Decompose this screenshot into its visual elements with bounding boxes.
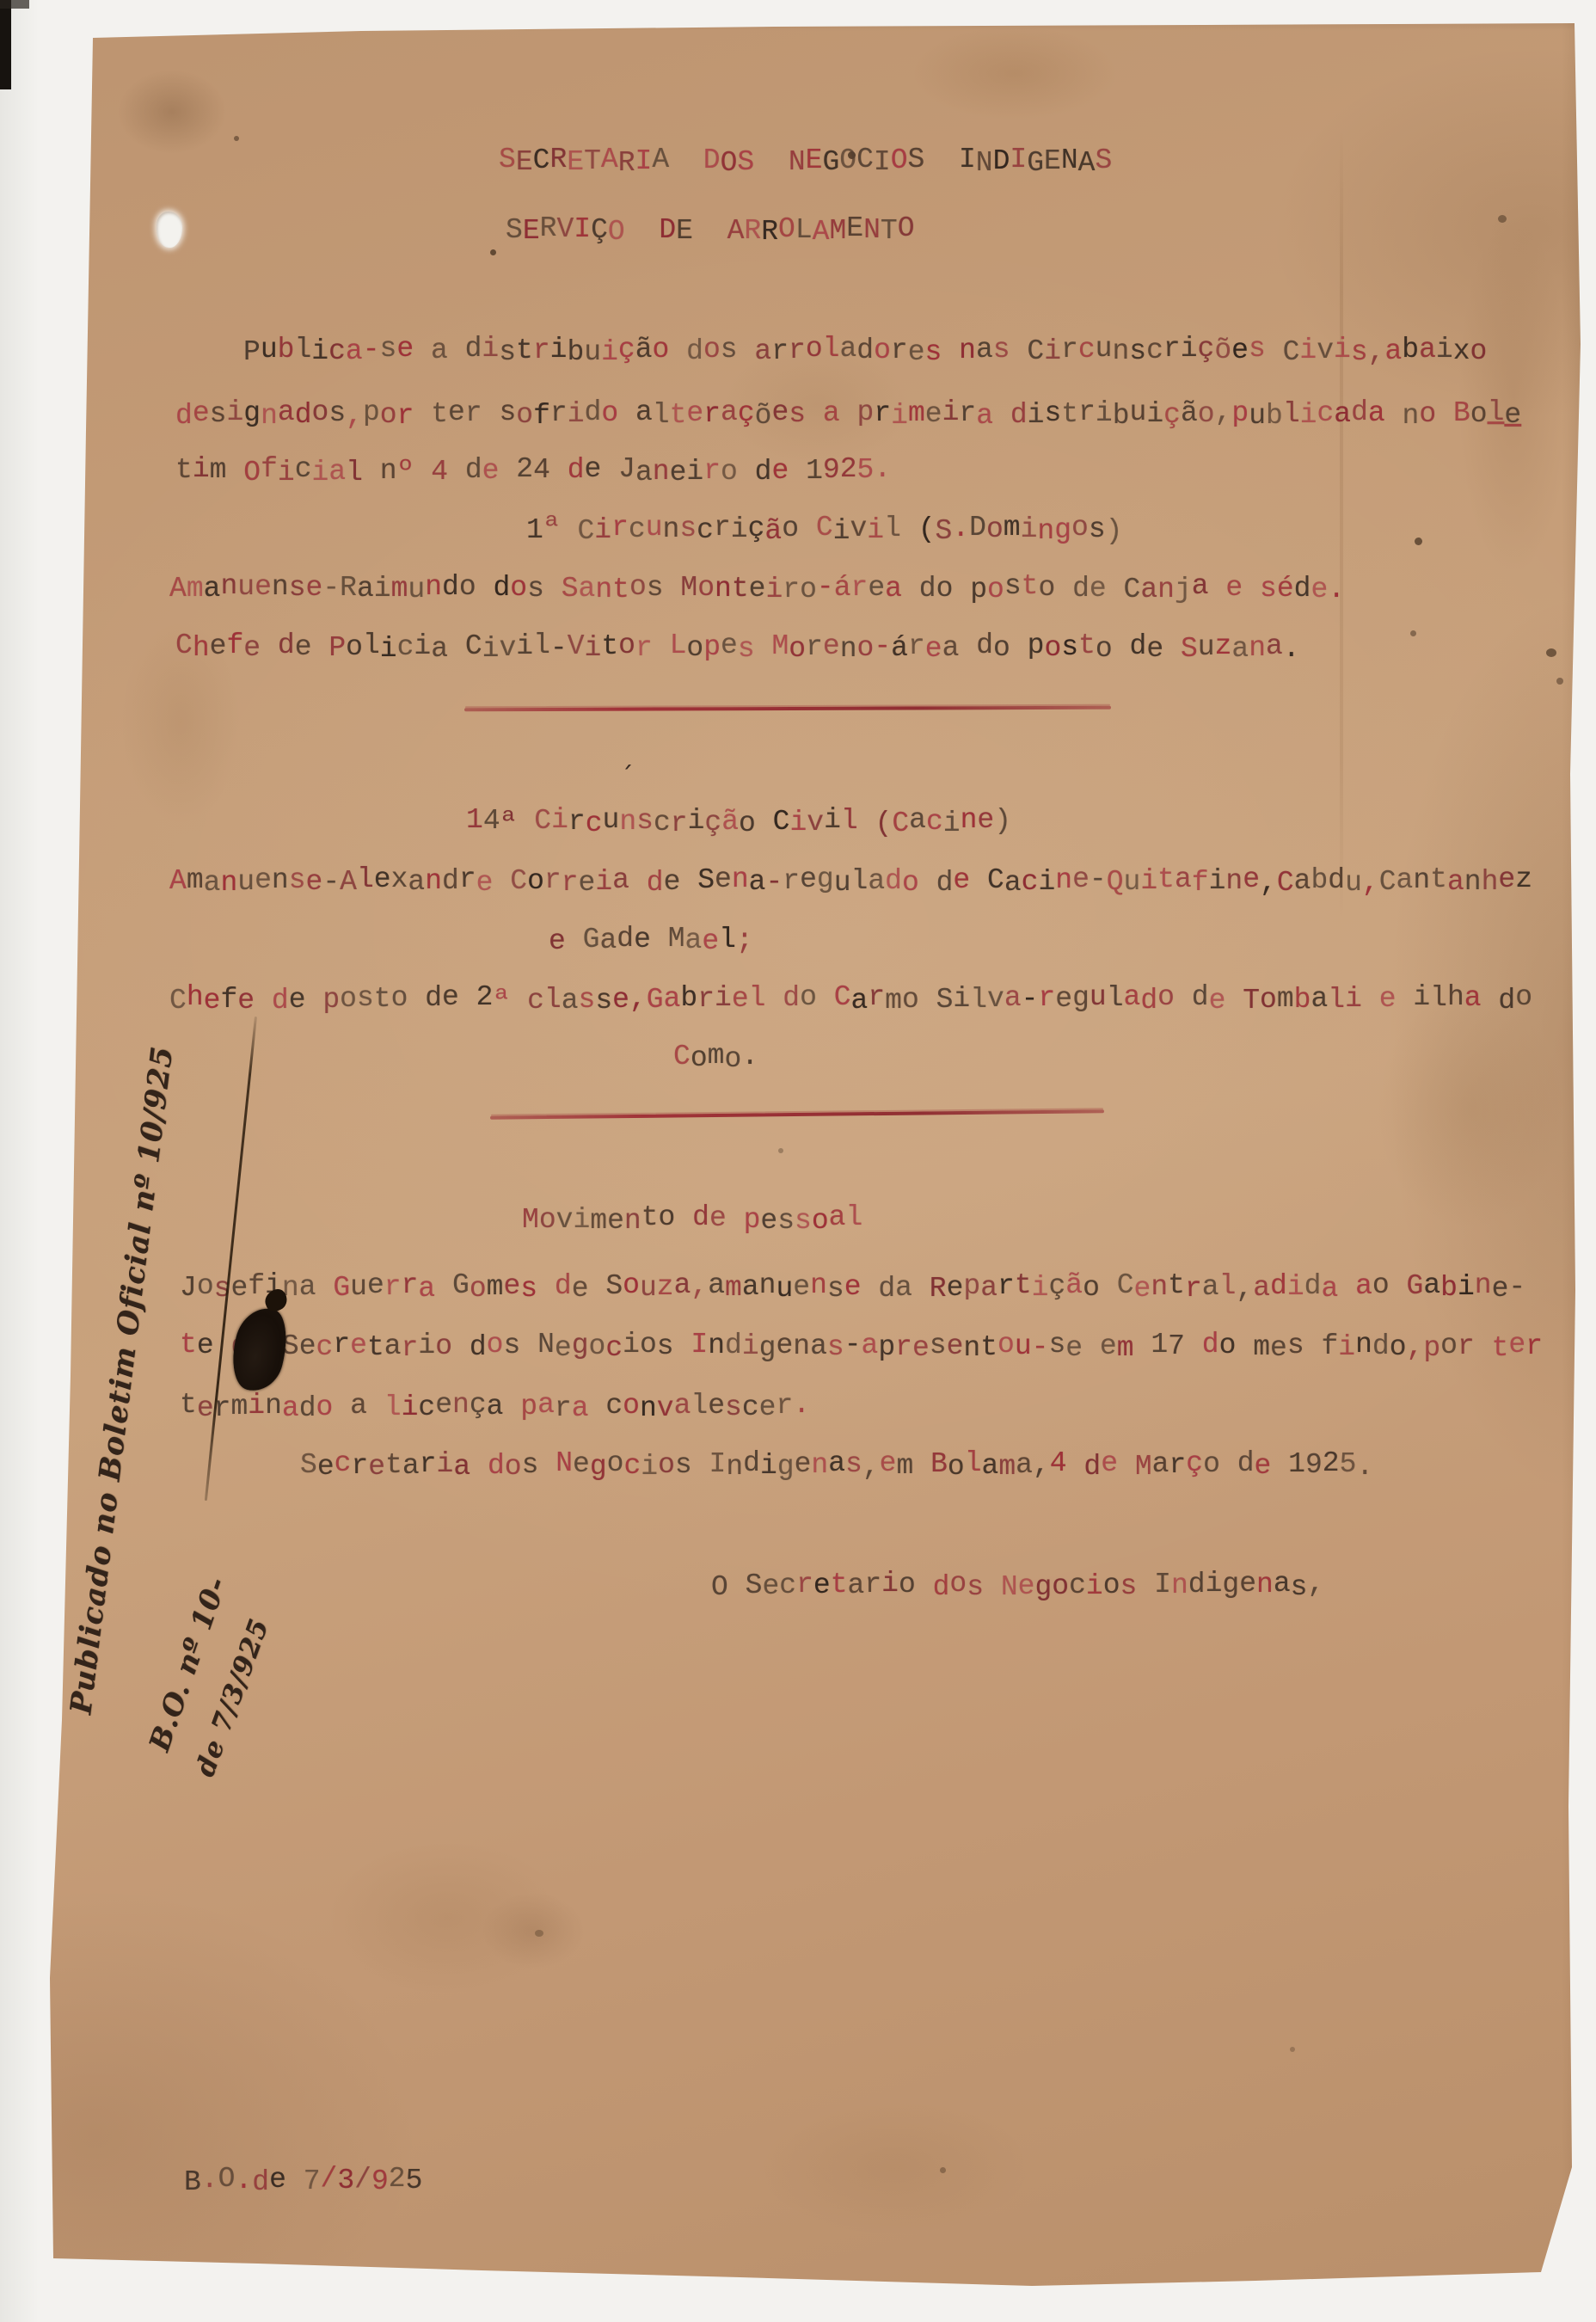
paper-stain <box>1340 129 1343 920</box>
paper-stain <box>912 26 1118 120</box>
scanner-edge-artifact <box>0 0 11 89</box>
paper-stain <box>482 1892 585 1969</box>
ink-speck <box>1556 678 1563 685</box>
paper-stain <box>757 2098 1032 2236</box>
section3-heading: Movimento de pessoal <box>522 1202 862 1237</box>
ink-speck <box>1415 537 1422 545</box>
stray-apostrophe-mark: ´ <box>619 762 635 792</box>
ink-speck <box>940 2167 946 2173</box>
intro-line-2: designados,por ter sofrido alterações a … <box>175 397 1521 432</box>
section3-line-1: Josefina Guerra Gomes de Souza,amanuense… <box>180 1270 1525 1305</box>
title-line-1: SECRETARIA DOS NEGOCIOS INDIGENAS <box>499 144 1112 179</box>
section1-heading: 1ª Circunscrição Civil (S.Domingos) <box>526 513 1122 547</box>
ink-speck <box>234 136 239 141</box>
paper-stain <box>1376 989 1565 1230</box>
ink-speck <box>1290 2047 1295 2052</box>
ink-speck <box>535 1930 543 1937</box>
document-scan: { "document": { "title_line1": "SECRETAR… <box>0 0 1596 2322</box>
signature-line: O Secretario dos Negocios Indigenas, <box>711 1569 1324 1603</box>
section2-line-2: e Gade Mael; <box>549 923 753 957</box>
section2-line-1: Amanuense-Alexandre Correia de Sena-regu… <box>169 864 1532 899</box>
section1-line-2: Chefe de Policia Civil-Vitor Lopes Moren… <box>175 630 1300 665</box>
title-line-2: SERVIÇO DE ARROLAMENTO <box>506 213 915 248</box>
intro-line-3: tim Oficial nº 4 de 24 de Janeiro de 192… <box>175 454 891 488</box>
ink-speck <box>1498 215 1507 223</box>
intro-line-1: Publica-se a distribuição dos arroladore… <box>243 334 1487 368</box>
section3-dateline: Secretaria dos Negocios Indigenas,em Bol… <box>300 1448 1373 1483</box>
ink-speck <box>778 1148 783 1153</box>
scanner-edge-artifact <box>0 0 29 9</box>
ink-speck <box>1546 648 1556 657</box>
footer-reference: B.O.de 7/3/925 <box>184 2164 422 2198</box>
ink-speck <box>1410 630 1416 636</box>
section2-line-4: Como. <box>673 1041 758 1075</box>
section3-line-2: te do Secretario dos Negocios Indigenas-… <box>180 1330 1543 1364</box>
section1-line-1: Amanuense-Raimundo dos Santos Monteiro-á… <box>169 571 1345 605</box>
ink-speck <box>490 249 496 255</box>
section3-line-3: terminado a licença para convalescer. <box>180 1390 810 1424</box>
section2-heading: 14ª Circunscrição Civil (Cacine) <box>466 805 1011 839</box>
paper-stain <box>1458 215 1569 576</box>
section2-line-3: Chefe de posto de 2ª classe,Gabriel do C… <box>169 982 1532 1017</box>
